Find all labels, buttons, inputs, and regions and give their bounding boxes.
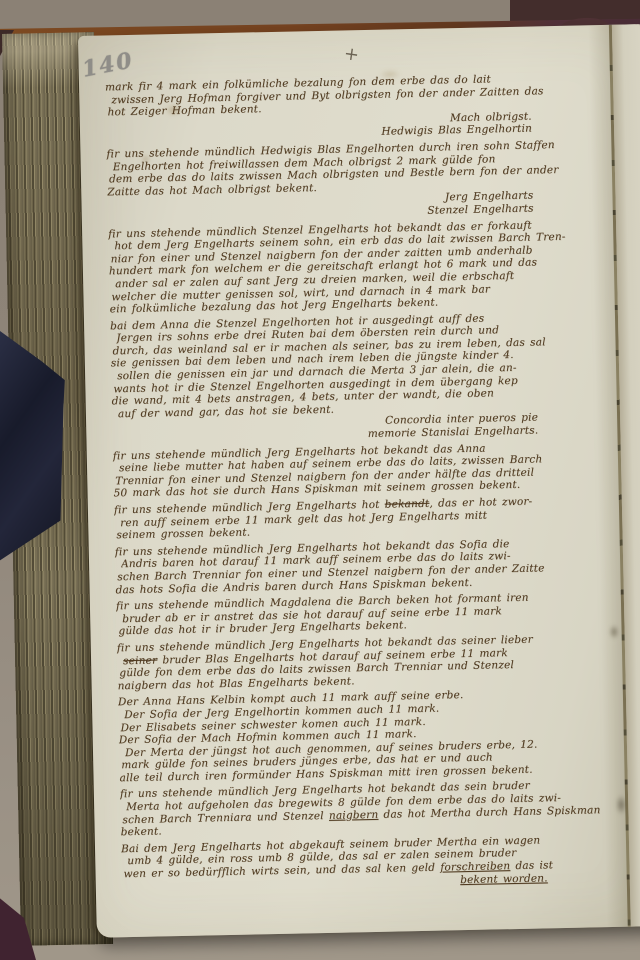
manuscript-paragraph: fir uns stehende mündlich Jerg Engelhart… bbox=[120, 779, 605, 840]
manuscript-paragraph: Bai dem Jerg Engelharts hot abgekauft se… bbox=[121, 833, 606, 894]
manuscript-paragraph: mark fir 4 mark ein folkümliche bezalung… bbox=[105, 71, 590, 144]
manuscript-paragraph: fir uns stehende mündlich Stenzel Engelh… bbox=[108, 218, 594, 316]
manuscript-paragraph: fir uns stehende mündlich Hedwigis Blas … bbox=[106, 138, 591, 224]
manuscript-paragraph: fir uns stehende mündlich Jerg Engelhart… bbox=[115, 536, 600, 597]
book-photo: mark fir 4 mark ein folkümliche bezalung… bbox=[0, 0, 640, 960]
manuscript-text: mark fir 4 mark ein folkümliche bezalung… bbox=[105, 71, 607, 929]
cross-mark: + bbox=[343, 43, 361, 66]
manuscript-paragraph: fir uns stehende mündlich Jerg Engelhart… bbox=[117, 632, 602, 693]
manuscript-paragraph: fir uns stehende mündlich Jerg Engelhart… bbox=[114, 494, 599, 542]
manuscript-paragraph: fir uns stehende mündlich Jerg Engelhart… bbox=[113, 440, 598, 501]
manuscript-paragraph: bai dem Anna die Stenzel Engelhorten hot… bbox=[110, 310, 597, 446]
manuscript-paragraph: fir uns stehende mündlich Magdalena die … bbox=[116, 590, 601, 638]
manuscript-paragraph: Der Anna Hans Kelbin kompt auch 11 mark … bbox=[118, 686, 604, 784]
manuscript-page: mark fir 4 mark ein folkümliche bezalung… bbox=[78, 24, 640, 938]
